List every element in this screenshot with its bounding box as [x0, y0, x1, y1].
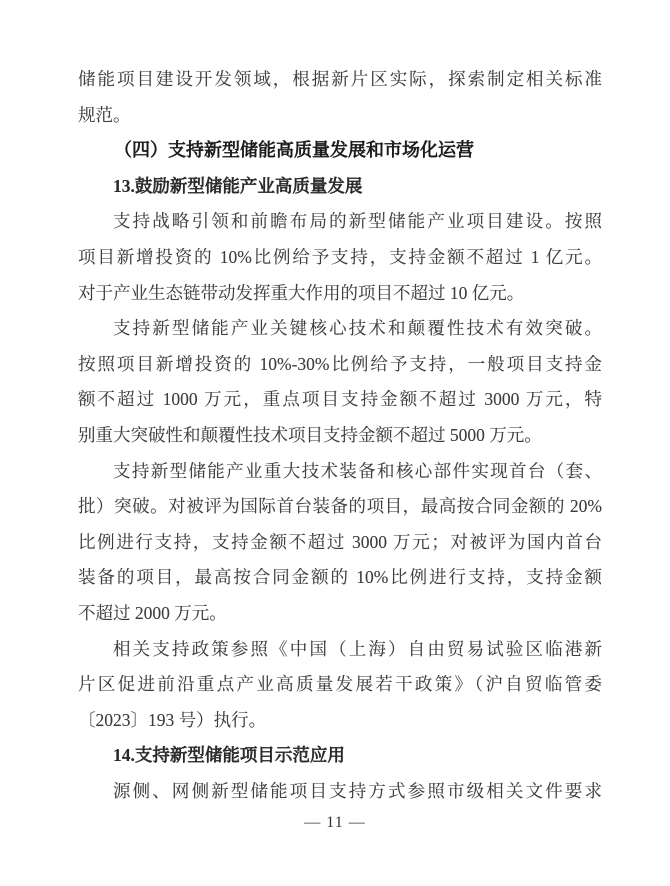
text-line: 项目新增投资的 10%比例给予支持，支持金额不超过 1 亿元。	[78, 240, 602, 276]
text-line: 相关支持政策参照《中国（上海）自由贸易试验区临港新	[78, 632, 602, 668]
text-line: 14.支持新型储能项目示范应用	[78, 738, 602, 774]
text-line: 支持新型储能产业重大技术装备和核心部件实现首台（套、	[78, 454, 602, 490]
text-line: 对于产业生态链带动发挥重大作用的项目不超过 10 亿元。	[78, 276, 602, 312]
text-line: 规范。	[78, 98, 602, 134]
text-line: 13.鼓励新型储能产业高质量发展	[78, 169, 602, 205]
text-line: 支持新型储能产业关键核心技术和颠覆性技术有效突破。	[78, 311, 602, 347]
text-line: 装备的项目，最高按合同金额的 10%比例进行支持，支持金额	[78, 560, 602, 596]
text-line: （四）支持新型储能高质量发展和市场化运营	[78, 133, 602, 169]
text-line: 储能项目建设开发领域，根据新片区实际，探索制定相关标准	[78, 62, 602, 98]
text-line: 别重大突破性和颠覆性技术项目支持金额不超过 5000 万元。	[78, 418, 602, 454]
text-line: 额不超过 1000 万元，重点项目支持金额不超过 3000 万元，特	[78, 382, 602, 418]
document-body: 储能项目建设开发领域，根据新片区实际，探索制定相关标准规范。（四）支持新型储能高…	[78, 62, 602, 809]
text-line: 不超过 2000 万元。	[78, 596, 602, 632]
text-line: 〔2023〕193 号）执行。	[78, 703, 602, 739]
text-line: 源侧、网侧新型储能项目支持方式参照市级相关文件要求	[78, 774, 602, 810]
text-line: 批）突破。对被评为国际首台装备的项目，最高按合同金额的 20%	[78, 489, 602, 525]
document-page: 储能项目建设开发领域，根据新片区实际，探索制定相关标准规范。（四）支持新型储能高…	[0, 0, 670, 886]
text-line: 比例进行支持，支持金额不超过 3000 万元；对被评为国内首台	[78, 525, 602, 561]
text-line: 片区促进前沿重点产业高质量发展若干政策》（沪自贸临管委	[78, 667, 602, 703]
text-line: 按照项目新增投资的 10%-30%比例给予支持，一般项目支持金	[78, 347, 602, 383]
text-line: 支持战略引领和前瞻布局的新型储能产业项目建设。按照	[78, 204, 602, 240]
page-number: — 11 —	[0, 814, 670, 832]
